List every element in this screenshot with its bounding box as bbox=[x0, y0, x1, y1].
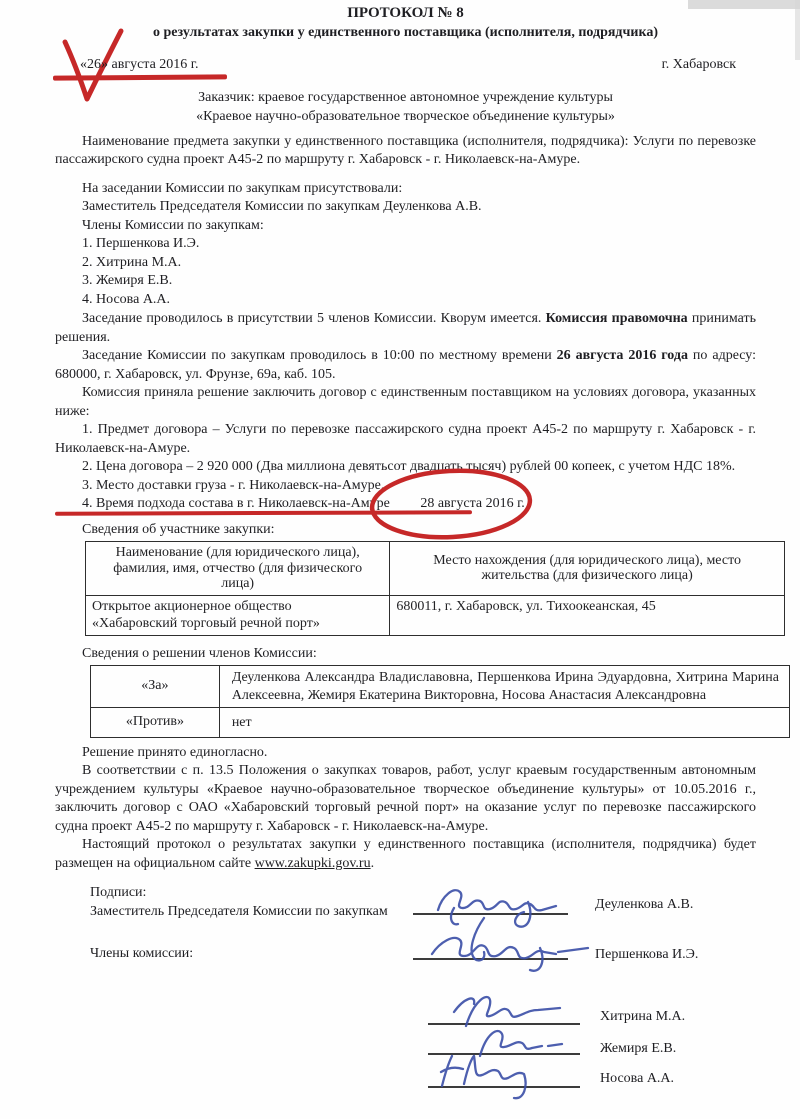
members-heading: Члены Комиссии по закупкам: bbox=[55, 217, 756, 236]
circled-date: 28 августа 2016 г. bbox=[393, 495, 524, 514]
city-label: г. Хабаровск bbox=[662, 56, 736, 75]
participant-address-cell: 680011, г. Хабаровск, ул. Тихоокеанская,… bbox=[390, 595, 785, 635]
zakupki-link[interactable]: www.zakupki.gov.ru bbox=[255, 856, 371, 871]
signature-ink bbox=[420, 912, 596, 978]
signature-ink bbox=[452, 1020, 568, 1062]
scan-artifact bbox=[688, 0, 800, 9]
term-item: 1. Предмет договора – Услуги по перевозк… bbox=[55, 421, 756, 458]
term-item: 3. Место доставки груза - г. Николаевск-… bbox=[55, 477, 756, 496]
participant-header-row: Наименование (для юридического лица), фа… bbox=[86, 542, 785, 596]
term-item: 2. Цена договора – 2 920 000 (Два миллио… bbox=[55, 458, 756, 477]
customer-line: Заказчик: краевое государственное автоно… bbox=[55, 88, 756, 107]
signature-line bbox=[428, 1086, 580, 1088]
meeting-paragraph: Заседание Комиссии по закупкам проводило… bbox=[55, 347, 756, 384]
document-content: ПРОТОКОЛ № 8 о результатах закупки у еди… bbox=[0, 0, 800, 873]
member-item: 3. Жемиря Е.В. bbox=[55, 272, 756, 291]
customer-line: «Краевое научно-образовательное творческ… bbox=[55, 107, 756, 126]
vote-for-label: «За» bbox=[91, 666, 220, 708]
vote-against-label: «Против» bbox=[91, 708, 220, 738]
deputy-chair-line: Заместитель Председателя Комиссии по зак… bbox=[55, 198, 756, 217]
vote-against-row: «Против» нет bbox=[91, 708, 790, 738]
document-date: «26» августа 2016 г. bbox=[80, 56, 198, 75]
vote-for-row: «За» Деуленкова Александра Владиславовна… bbox=[91, 666, 790, 708]
member-item: 4. Носова А.А. bbox=[55, 291, 756, 310]
participant-col1-header: Наименование (для юридического лица), фа… bbox=[86, 542, 390, 596]
signature-line bbox=[413, 913, 568, 915]
customer-block: Заказчик: краевое государственное автоно… bbox=[55, 88, 756, 126]
page-subtitle: о результатах закупки у единственного по… bbox=[55, 23, 756, 42]
vote-for-names: Деуленкова Александра Владиславовна, Пер… bbox=[219, 666, 789, 708]
decision-table: «За» Деуленкова Александра Владиславовна… bbox=[90, 665, 790, 738]
participant-heading: Сведения об участнике закупки: bbox=[55, 521, 756, 540]
basis-paragraph: В соответствии с п. 13.5 Положения о зак… bbox=[55, 762, 756, 836]
signature-line bbox=[428, 1053, 580, 1055]
members-signature-label: Члены комиссии: bbox=[90, 945, 193, 964]
scan-artifact bbox=[795, 0, 800, 60]
member-item: 1. Першенкова И.Э. bbox=[55, 235, 756, 254]
unanimous-paragraph: Решение принято единогласно. bbox=[55, 744, 756, 763]
signature-line bbox=[413, 958, 568, 960]
signer-name: Жемиря Е.В. bbox=[600, 1040, 676, 1059]
signatures-heading: Подписи: bbox=[90, 884, 146, 903]
signer-name: Носова А.А. bbox=[600, 1070, 674, 1089]
participant-table: Наименование (для юридического лица), фа… bbox=[85, 541, 785, 636]
decision-intro-paragraph: Комиссия приняла решение заключить догов… bbox=[55, 384, 756, 421]
subject-paragraph: Наименование предмета закупки у единстве… bbox=[55, 133, 756, 170]
signature-ink bbox=[444, 986, 580, 1034]
member-item: 2. Хитрина М.А. bbox=[55, 254, 756, 273]
quorum-paragraph: Заседание проводилось в присутствии 5 чл… bbox=[55, 310, 756, 347]
participant-name-cell: Открытое акционерное общество «Хабаровск… bbox=[86, 595, 390, 635]
publication-paragraph: Настоящий протокол о результатах закупки… bbox=[55, 836, 756, 873]
deputy-signature-label: Заместитель Председателя Комиссии по зак… bbox=[90, 903, 388, 922]
signer-name: Хитрина М.А. bbox=[600, 1008, 685, 1027]
signer-name: Деуленкова А.В. bbox=[595, 896, 693, 915]
signer-name: Першенкова И.Э. bbox=[595, 946, 698, 965]
term4-paragraph: 4. Время подхода состава в г. Николаевск… bbox=[55, 495, 756, 514]
vote-against-value: нет bbox=[219, 708, 789, 738]
participant-data-row: Открытое акционерное общество «Хабаровск… bbox=[86, 595, 785, 635]
protocol-document-page: ПРОТОКОЛ № 8 о результатах закупки у еди… bbox=[0, 0, 800, 1119]
participant-col2-header: Место нахождения (для юридического лица)… bbox=[390, 542, 785, 596]
date-city-row: «26» августа 2016 г. г. Хабаровск bbox=[55, 56, 756, 75]
decision-heading: Сведения о решении членов Комиссии: bbox=[55, 645, 756, 664]
signature-ink bbox=[424, 876, 584, 932]
red-underline-date-annotation bbox=[53, 74, 227, 80]
page-title: ПРОТОКОЛ № 8 bbox=[55, 4, 756, 23]
signature-ink bbox=[432, 1048, 584, 1096]
attendees-heading: На заседании Комиссии по закупкам присут… bbox=[55, 180, 756, 199]
signature-line bbox=[428, 1023, 580, 1025]
